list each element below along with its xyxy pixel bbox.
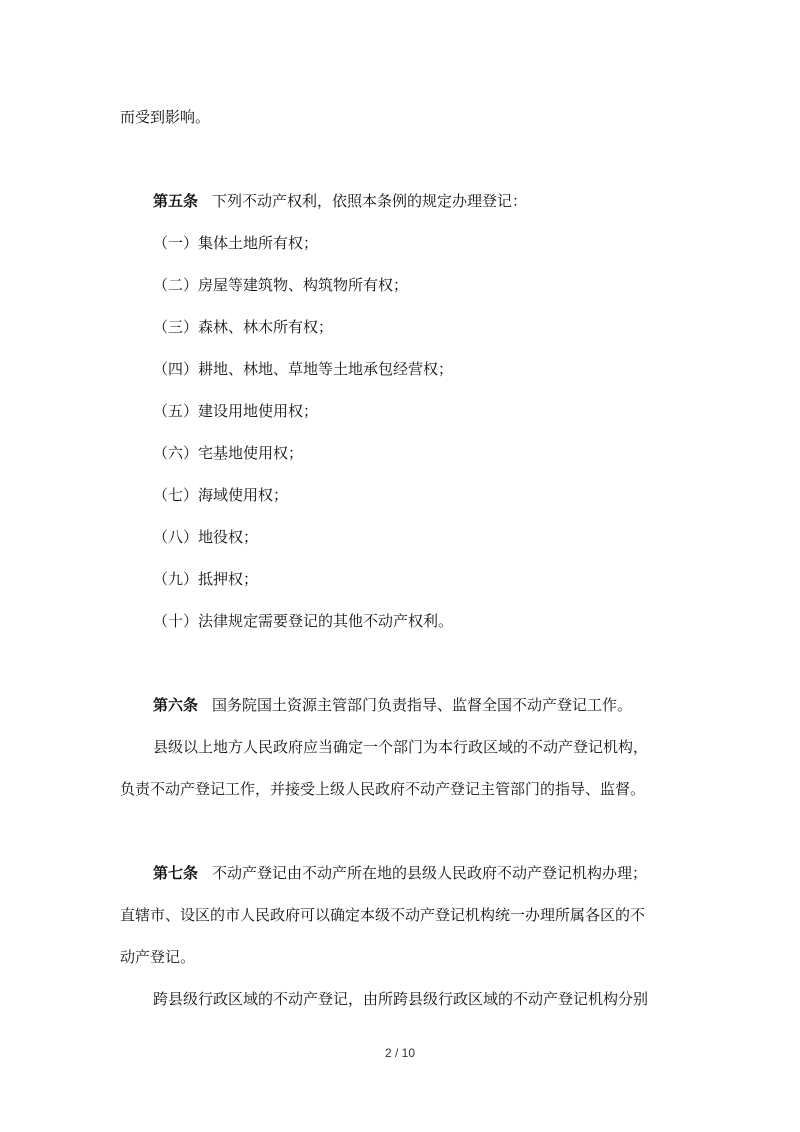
article-6-heading-line: 第六条国务院国土资源主管部门负责指导、监督全国不动产登记工作。 [153,695,632,715]
article-5-heading-line: 第五条下列不动产权利，依照本条例的规定办理登记： [153,191,527,211]
article-5-text: 下列不动产权利，依照本条例的规定办理登记： [212,192,527,210]
article-5-label: 第五条 [153,192,198,210]
article-7-heading-line: 第七条不动产登记由不动产所在地的县级人民政府不动产登记机构办理； [153,863,647,883]
list-item: （六）宅基地使用权； [153,443,303,463]
paragraph-line: 动产登记。 [120,947,195,967]
article-6-text: 国务院国土资源主管部门负责指导、监督全国不动产登记工作。 [212,696,632,714]
list-item: （十）法律规定需要登记的其他不动产权利。 [153,611,453,631]
paragraph-line: 县级以上地方人民政府应当确定一个部门为本行政区域的不动产登记机构， [153,737,648,757]
article-7-text: 不动产登记由不动产所在地的县级人民政府不动产登记机构办理； [212,864,647,882]
list-item: （七）海域使用权； [153,485,288,505]
list-item: （二）房屋等建筑物、构筑物所有权； [153,275,408,295]
list-item: （八）地役权； [153,527,258,547]
list-item: （一）集体土地所有权； [153,233,318,253]
page-indicator: 2 / 10 [0,1046,800,1060]
article-6-label: 第六条 [153,696,198,714]
list-item: （九）抵押权； [153,569,258,589]
paragraph-line: 跨县级行政区域的不动产登记，由所跨县级行政区域的不动产登记机构分别 [153,989,648,1009]
article-7-label: 第七条 [153,864,198,882]
paragraph-line: 负责不动产登记工作，并接受上级人民政府不动产登记主管部门的指导、监督。 [120,779,645,799]
list-item: （五）建设用地使用权； [153,401,318,421]
list-item: （三）森林、林木所有权； [153,317,333,337]
list-item: （四）耕地、林地、草地等土地承包经营权； [153,359,453,379]
paragraph-line: 而受到影响。 [120,107,210,127]
paragraph-line: 直辖市、设区的市人民政府可以确定本级不动产登记机构统一办理所属各区的不 [120,905,645,925]
